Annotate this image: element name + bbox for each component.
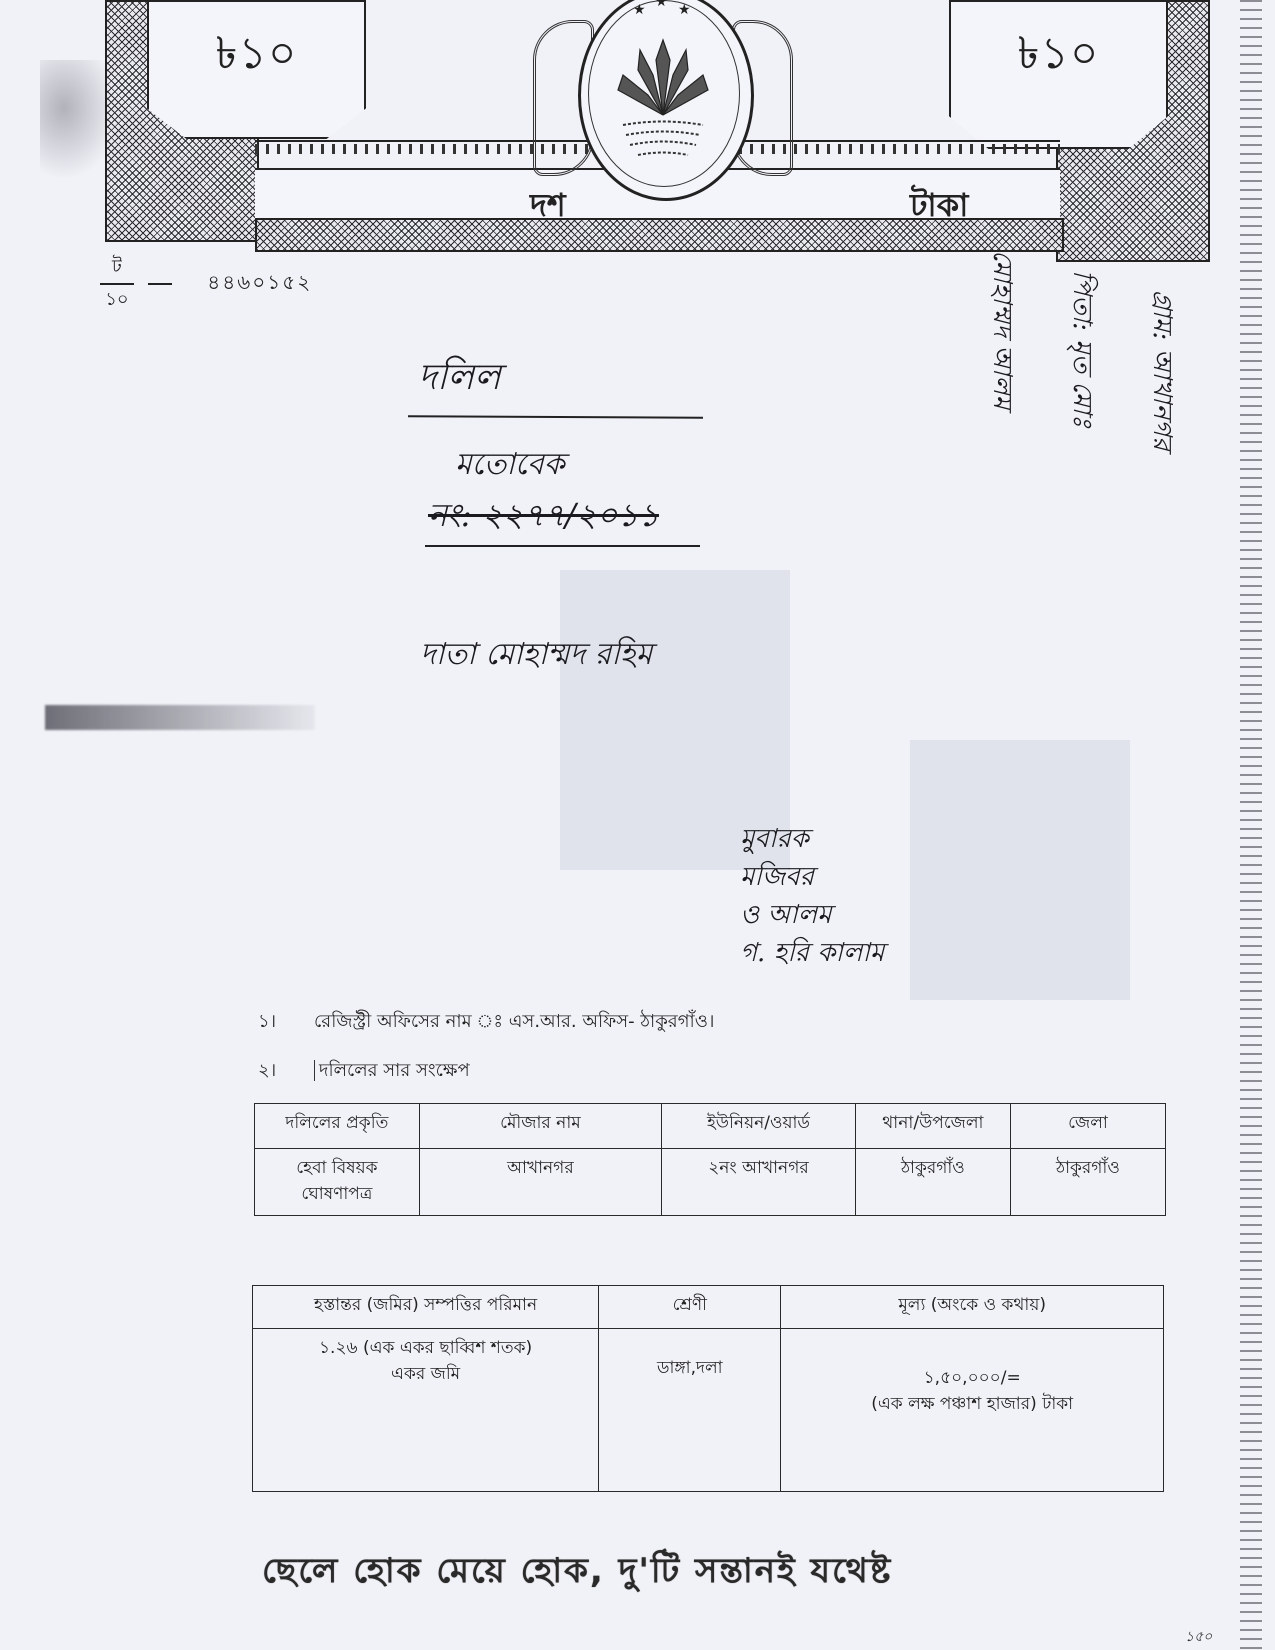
deed-summary-table: দলিলের প্রকৃতি মৌজার নাম ইউনিয়ন/ওয়ার্ড… [254, 1103, 1166, 1216]
bleed-through-photo [910, 740, 1130, 1000]
table-row: ১.২৬ (এক একর ছাব্বিশ শতক) একর জমি ডাঙ্গা… [253, 1329, 1164, 1492]
star-icon: ★ [655, 0, 668, 10]
series-fraction: ট ১০ [100, 252, 134, 316]
national-emblem: ★ ★ ★ [513, 0, 813, 210]
registry-office-item: ১।রেজিস্ট্রী অফিসের নাম ঃ এস.আর. অফিস- ঠ… [258, 1007, 714, 1038]
signature: মুবারক [740, 820, 884, 858]
table-row: হেবা বিষয়ক ঘোষণাপত্র আখানগর ২নং আখানগর … [255, 1149, 1166, 1216]
witness-signatures: মুবারক মজিবর ও আলম গ. হরি কালাম [740, 820, 884, 972]
property-table: হস্তান্তর (জমির) সম্পত্তির পরিমান শ্রেণী… [252, 1285, 1164, 1492]
denomination-right: ৳১০ [951, 20, 1166, 93]
signature: ও আলম [740, 896, 884, 934]
stamp-guilloche-strip [255, 218, 1064, 252]
table-header-row: হস্তান্তর (জমির) সম্পত্তির পরিমান শ্রেণী… [253, 1286, 1164, 1329]
handwritten-deed-number: নং: ২২৭৭/২০১১ [428, 490, 659, 544]
stamp-serial: ট ১০ ৪৪৬০১৫২ [100, 252, 312, 316]
handwritten-title: দলিল [418, 350, 501, 410]
signature: মজিবর [740, 858, 884, 896]
land-category: ডাঙ্গা,দলা [599, 1329, 781, 1492]
star-icon: ★ [633, 2, 646, 18]
star-icon: ★ [678, 2, 691, 18]
property-amount: ১.২৬ (এক একর ছাব্বিশ শতক) একর জমি [253, 1329, 599, 1492]
handwritten-line: মতোবেক [455, 440, 565, 491]
water-lily-icon [608, 20, 718, 170]
denomination-box-left: ৳১০ [147, 0, 366, 139]
handwritten-margin-note: মোহাম্মদ আলম পিতা: মৃত মোঃ গ্রাম: আখানগর [980, 250, 1230, 650]
property-value: ১,৫০,০০০/= (এক লক্ষ পঞ্চাশ হাজার) টাকা [781, 1329, 1164, 1492]
handwritten-rule [425, 545, 700, 547]
table-header-row: দলিলের প্রকৃতি মৌজার নাম ইউনিয়ন/ওয়ার্ড… [255, 1104, 1166, 1149]
stamp-right-panel: ৳১০ [1056, 0, 1210, 262]
scan-smudge [45, 705, 315, 730]
signature: গ. হরি কালাম [740, 934, 884, 972]
serial-number: ৪৪৬০১৫২ [207, 270, 312, 294]
deed-summary-item: ২।দলিলের সার সংক্ষেপ [258, 1056, 470, 1087]
denomination-left: ৳১০ [149, 20, 364, 93]
denomination-box-right: ৳১০ [949, 0, 1168, 149]
stamp-left-panel: ৳১০ [105, 0, 259, 242]
family-planning-slogan: ছেলে হোক মেয়ে হোক, দু'টি সন্তানই যথেষ্ট [262, 1545, 892, 1602]
corner-page-mark: ১৫০ [1185, 1625, 1212, 1649]
scan-edge-noise [1240, 0, 1262, 1650]
handwritten-rule [408, 415, 703, 419]
handwritten-donor-name: দাতা মোহাম্মদ রহিম [420, 630, 652, 681]
stamp-header: ৳১০ ৳১০ দশ টাকা [105, 0, 1210, 262]
